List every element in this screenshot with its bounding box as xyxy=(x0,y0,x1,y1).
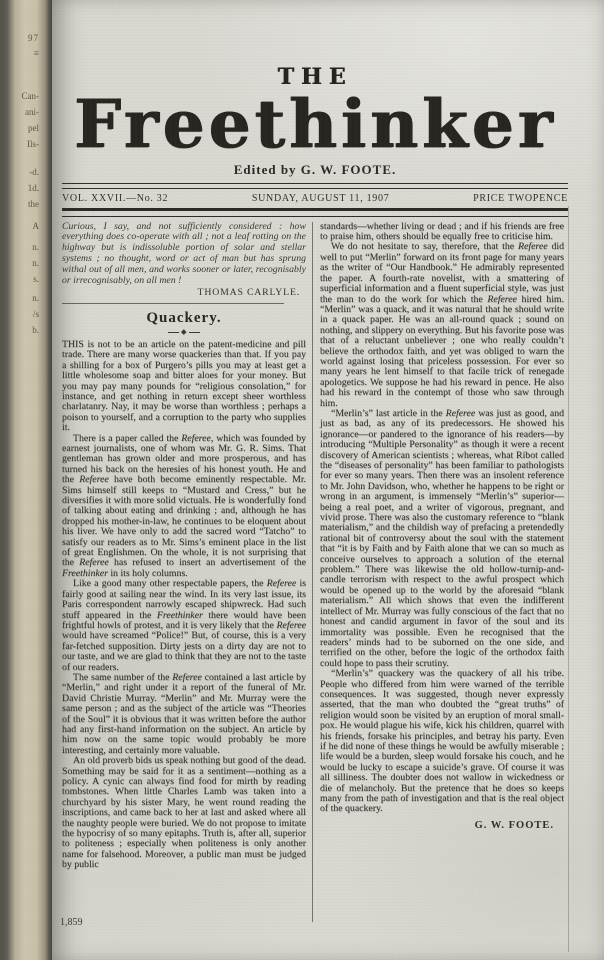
title-ornament xyxy=(62,330,306,334)
edge-text-fragment: ≡ xyxy=(5,47,39,60)
previous-page-edge-fragments: 97≡Can-ani-pelIls--d.1d.theAn.n.s.n./sb. xyxy=(5,32,39,337)
masthead-double-rule xyxy=(62,183,568,189)
edge-text-fragment: 97 xyxy=(5,32,39,45)
newspaper-page: THE Freethinker Edited by G. W. FOOTE. V… xyxy=(52,0,604,960)
newspaper-scan: 97≡Can-ani-pelIls--d.1d.theAn.n.s.n./sb.… xyxy=(0,0,604,960)
edge-text-fragment: 1d. xyxy=(5,182,39,195)
edge-text-fragment: pel xyxy=(5,122,39,135)
dateline-thick-rule xyxy=(62,208,568,217)
dateline: VOL. XXVII.—No. 32 SUNDAY, AUGUST 11, 19… xyxy=(62,193,568,204)
epigraph-text: Curious, I say, and not sufficiently con… xyxy=(62,222,306,287)
article-paragraph: standards—whether living or dead ; and i… xyxy=(320,222,564,243)
edge-text-fragment: -d. xyxy=(5,166,39,179)
article-paragraph: We do not hesitate to say, therefore, th… xyxy=(320,242,564,409)
edge-text-fragment: Ils- xyxy=(5,138,39,151)
volume-number: VOL. XXVII.—No. 32 xyxy=(62,193,168,204)
column-divider-rule xyxy=(312,222,313,922)
edge-text-fragment: /s xyxy=(5,308,39,321)
ornament-diamond xyxy=(182,330,187,335)
left-column: Curious, I say, and not sufficiently con… xyxy=(62,222,306,922)
masthead-edited-by: Edited by G. W. FOOTE. xyxy=(62,162,568,178)
right-column-paragraphs: standards—whether living or dead ; and i… xyxy=(320,222,564,831)
page-number: 1,859 xyxy=(60,917,83,928)
edge-text-fragment: Can- xyxy=(5,90,39,103)
issue-date: SUNDAY, AUGUST 11, 1907 xyxy=(252,193,390,204)
ornament-line xyxy=(168,332,179,333)
edge-text-fragment: the xyxy=(5,198,39,211)
ornament-line xyxy=(189,332,200,333)
article-paragraph: There is a paper called the Referee, whi… xyxy=(62,434,306,580)
article-title: Quackery. xyxy=(62,310,306,327)
right-column: standards—whether living or dead ; and i… xyxy=(320,222,564,922)
author-signature: G. W. FOOTE. xyxy=(320,820,564,831)
article-paragraph: The same number of the Referee contained… xyxy=(62,673,306,756)
page-edge-crease xyxy=(568,206,569,952)
article-paragraph: An old proverb bids us speak nothing but… xyxy=(62,756,306,870)
epigraph-rule xyxy=(62,303,284,304)
article-paragraph: “Merlin’s” last article in the Referee w… xyxy=(320,409,564,669)
edge-text-fragment: n. xyxy=(5,257,39,270)
article-paragraph: “Merlin’s” quackery was the quackery of … xyxy=(320,669,564,815)
epigraph-attribution: THOMAS CARLYLE. xyxy=(62,287,306,298)
masthead-title: Freethinker xyxy=(62,92,568,157)
edge-text-fragment: ani- xyxy=(5,106,39,119)
page-content: THE Freethinker Edited by G. W. FOOTE. V… xyxy=(62,0,568,960)
edge-text-fragment: s. xyxy=(5,273,39,286)
left-column-paragraphs: THIS is not to be an article on the pate… xyxy=(62,340,306,871)
edge-text-fragment: n. xyxy=(5,241,39,254)
edge-text-fragment: b. xyxy=(5,324,39,337)
previous-page-edge: 97≡Can-ani-pelIls--d.1d.theAn.n.s.n./sb. xyxy=(0,0,52,960)
article-columns: Curious, I say, and not sufficiently con… xyxy=(62,222,568,922)
edge-text-fragment: A xyxy=(5,220,39,233)
edge-text-fragment: n. xyxy=(5,292,39,305)
article-paragraph: Like a good many other respectable paper… xyxy=(62,579,306,673)
article-paragraph: THIS is not to be an article on the pate… xyxy=(62,340,306,434)
price: PRICE TWOPENCE xyxy=(473,193,568,204)
